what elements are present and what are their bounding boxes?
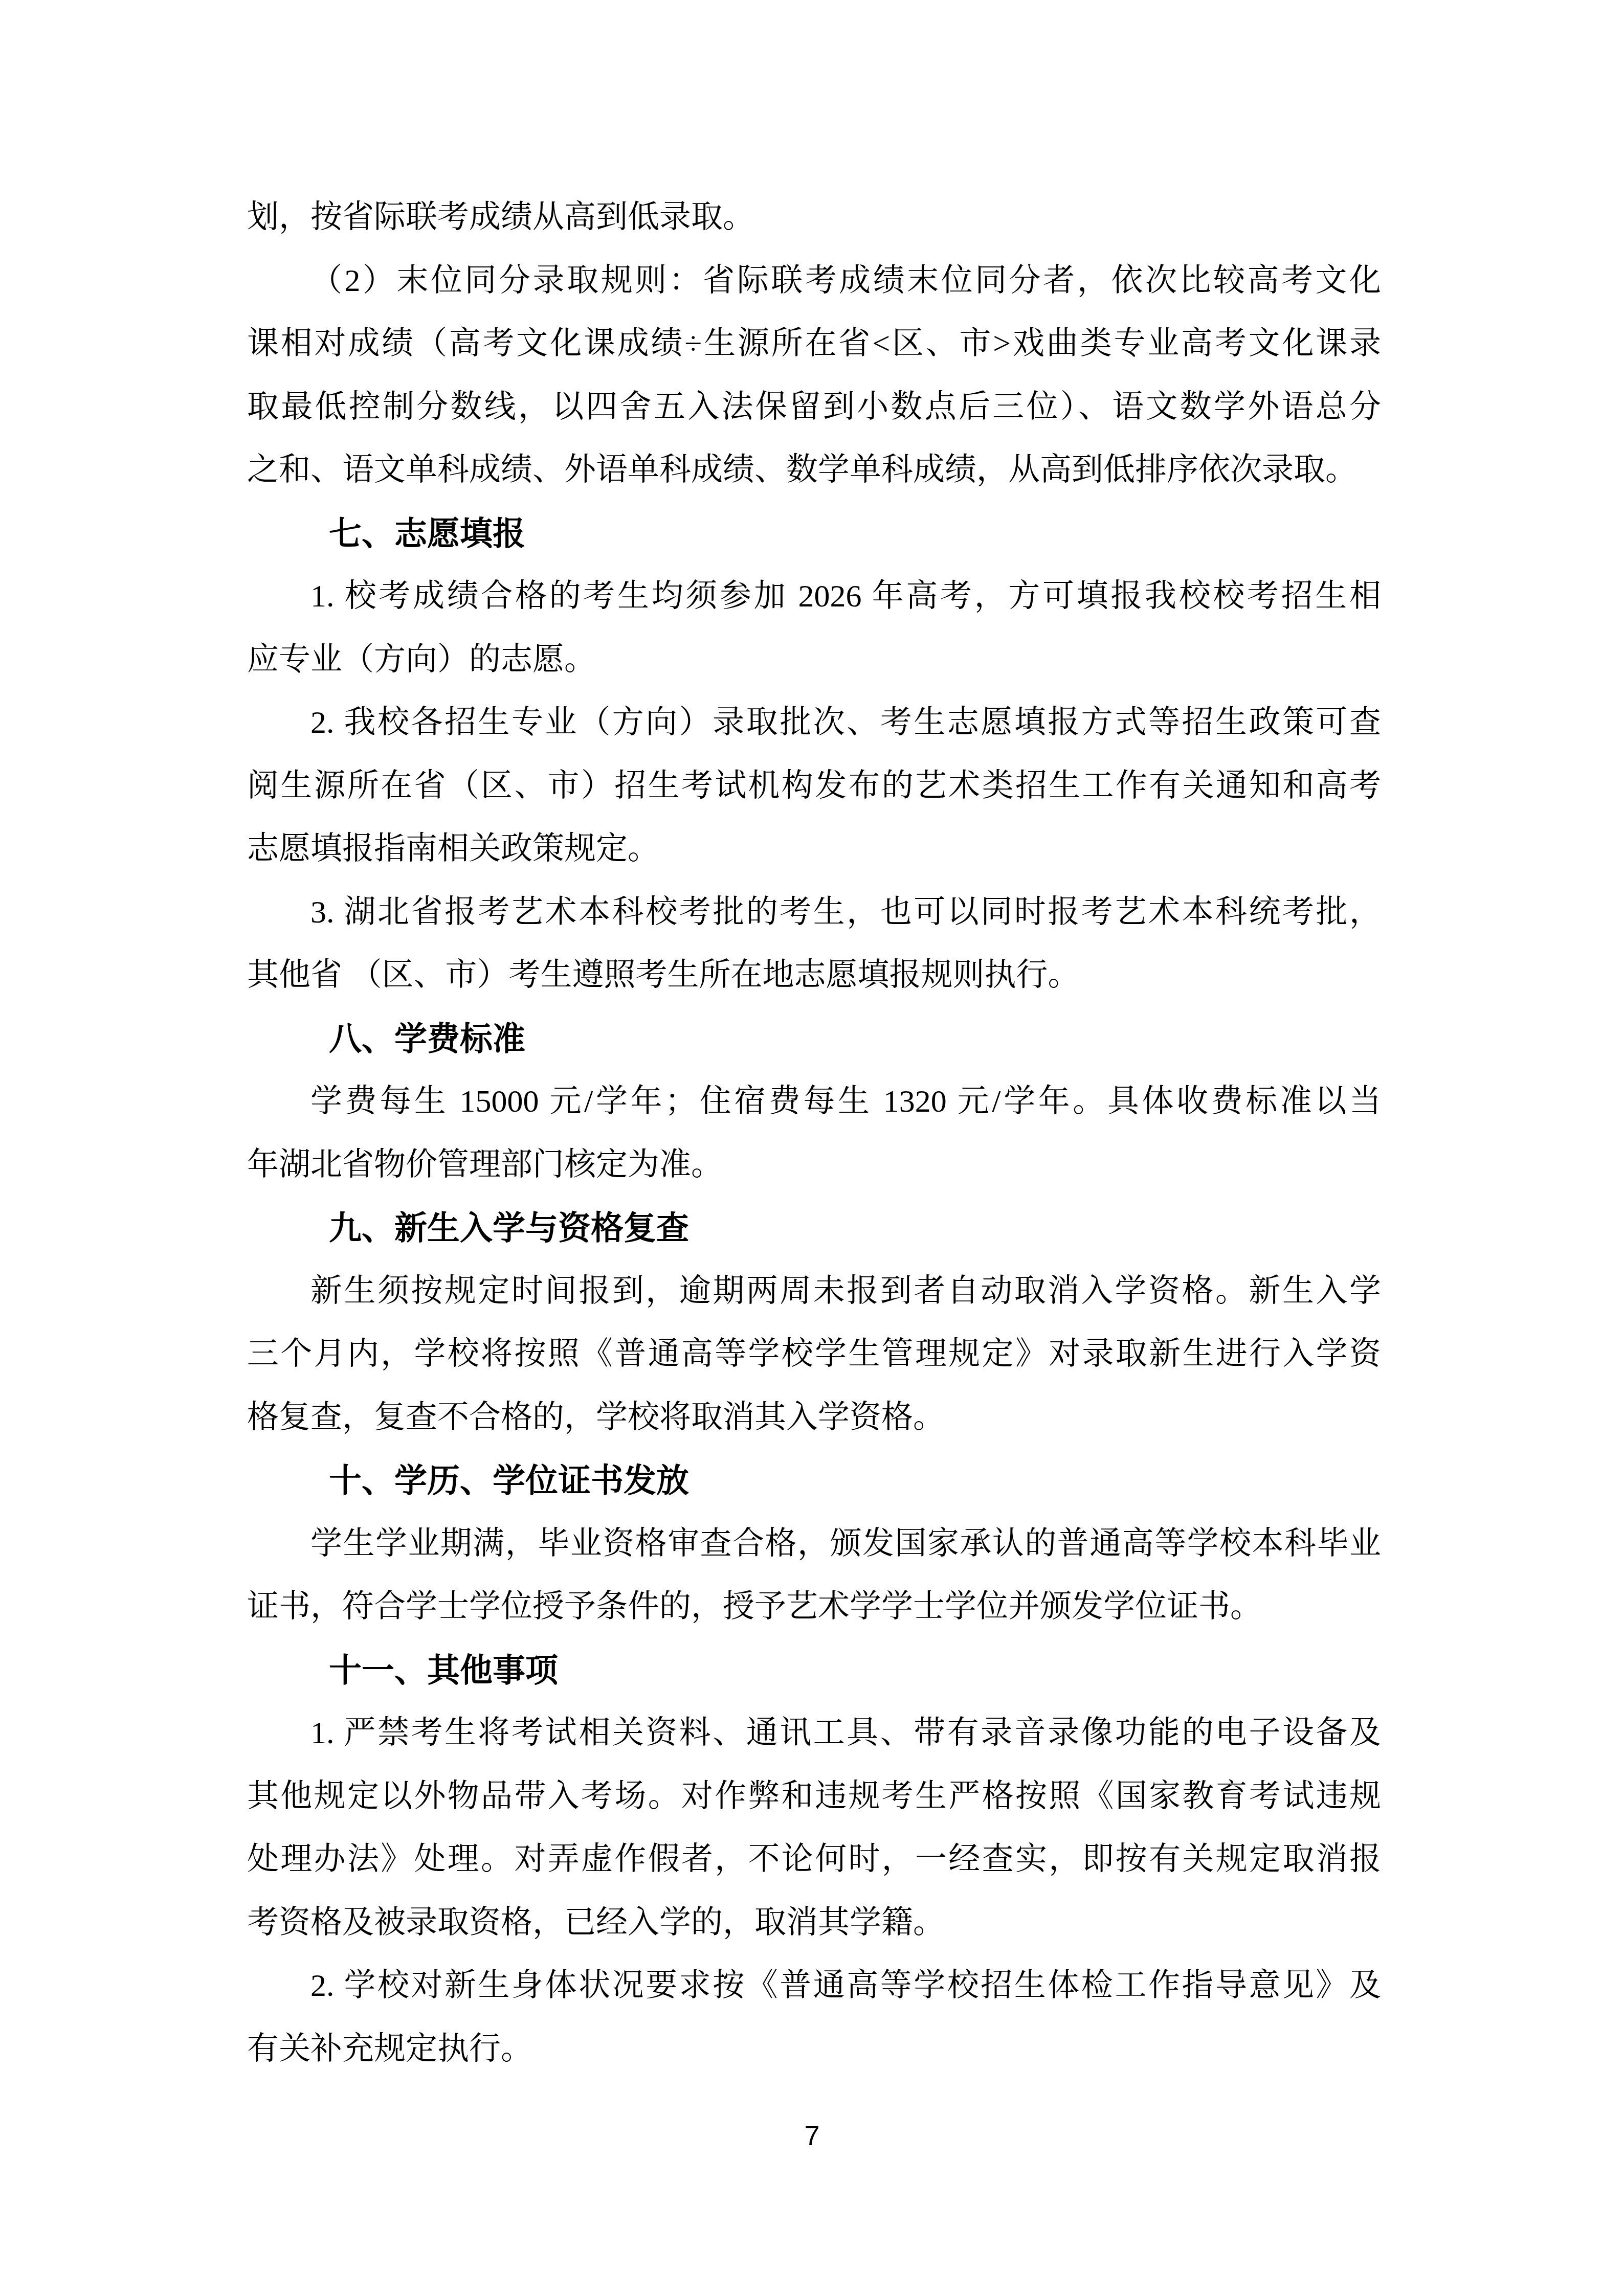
paragraph-line: 年湖北省物价管理部门核定为准。 [247, 1134, 1381, 1197]
paragraph-line: 课相对成绩（高考文化课成绩÷生源所在省<区、市>戏曲类专业高考文化课录 [247, 312, 1381, 376]
paragraph-line: 学生学业期满，毕业资格审查合格，颁发国家承认的普通高等学校本科毕业 [247, 1513, 1381, 1576]
page-number: 7 [0, 2117, 1624, 2155]
paragraph-line: 3. 湖北省报考艺术本科校考批的考生，也可以同时报考艺术本科统考批， [247, 881, 1381, 944]
paragraph-line: 2. 我校各招生专业（方向）录取批次、考生志愿填报方式等招生政策可查 [247, 691, 1381, 755]
paragraph-line: 处理办法》处理。对弄虚作假者，不论何时，一经查实，即按有关规定取消报 [247, 1828, 1381, 1892]
document-body-text: 划，按省际联考成绩从高到低录取。（2）末位同分录取规则：省际联考成绩末位同分者，… [247, 186, 1381, 2081]
paragraph-line: 证书，符合学士学位授予条件的，授予艺术学学士学位并颁发学位证书。 [247, 1575, 1381, 1639]
section-heading-line: 七、志愿填报 [247, 502, 1381, 566]
paragraph-line: （2）末位同分录取规则：省际联考成绩末位同分者，依次比较高考文化 [247, 250, 1381, 313]
paragraph-line: 应专业（方向）的志愿。 [247, 628, 1381, 692]
section-heading-line: 十、学历、学位证书发放 [247, 1449, 1381, 1513]
paragraph-line: 考资格及被录取资格，已经入学的，取消其学籍。 [247, 1892, 1381, 1955]
paragraph-line: 三个月内，学校将按照《普通高等学校学生管理规定》对录取新生进行入学资 [247, 1323, 1381, 1386]
paragraph-line: 志愿填报指南相关政策规定。 [247, 818, 1381, 881]
section-heading-line: 八、学费标准 [247, 1007, 1381, 1071]
paragraph-line: 1. 校考成绩合格的考生均须参加 2026 年高考，方可填报我校校考招生相 [247, 565, 1381, 628]
paragraph-line: 2. 学校对新生身体状况要求按《普通高等学校招生体检工作指导意见》及 [247, 1954, 1381, 2018]
paragraph-line: 有关补充规定执行。 [247, 2018, 1381, 2081]
paragraph-line: 1. 严禁考生将考试相关资料、通讯工具、带有录音录像功能的电子设备及 [247, 1702, 1381, 1765]
paragraph-line: 之和、语文单科成绩、外语单科成绩、数学单科成绩，从高到低排序依次录取。 [247, 439, 1381, 502]
paragraph-line: 格复查，复查不合格的，学校将取消其入学资格。 [247, 1386, 1381, 1450]
paragraph-line: 取最低控制分数线，以四舍五入法保留到小数点后三位）、语文数学外语总分 [247, 376, 1381, 439]
paragraph-line: 其他规定以外物品带入考场。对作弊和违规考生严格按照《国家教育考试违规 [247, 1765, 1381, 1829]
paragraph-line: 新生须按规定时间报到，逾期两周未报到者自动取消入学资格。新生入学 [247, 1260, 1381, 1323]
paragraph-line: 学费每生 15000 元/学年；住宿费每生 1320 元/学年。具体收费标准以当 [247, 1070, 1381, 1134]
section-heading-line: 十一、其他事项 [247, 1639, 1381, 1702]
paragraph-line: 其他省 （区、市）考生遵照考生所在地志愿填报规则执行。 [247, 944, 1381, 1007]
paragraph-line: 阅生源所在省（区、市）招生考试机构发布的艺术类招生工作有关通知和高考 [247, 755, 1381, 818]
document-page: 划，按省际联考成绩从高到低录取。（2）末位同分录取规则：省际联考成绩末位同分者，… [0, 0, 1624, 2296]
paragraph-line: 划，按省际联考成绩从高到低录取。 [247, 186, 1381, 250]
section-heading-line: 九、新生入学与资格复查 [247, 1197, 1381, 1260]
